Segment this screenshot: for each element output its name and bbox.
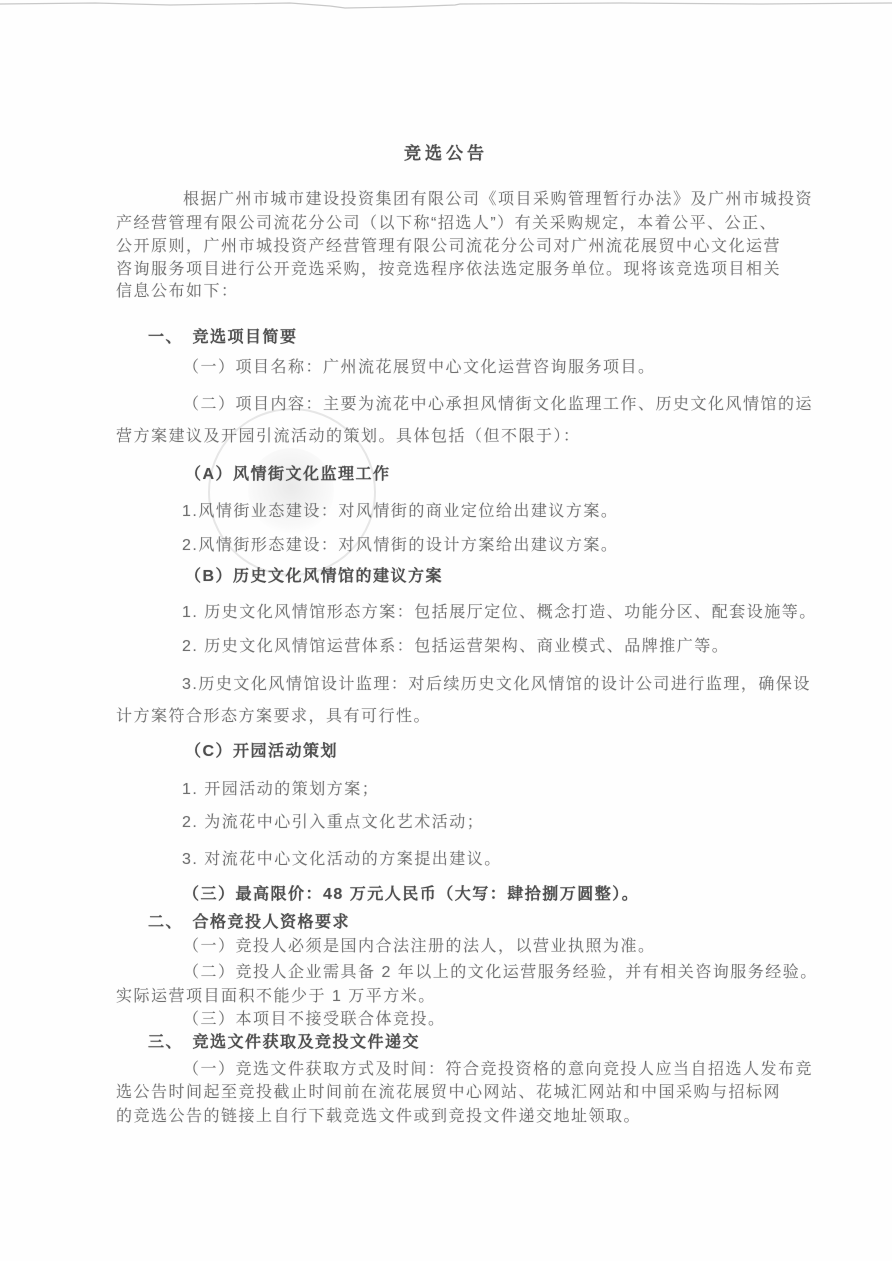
doc-heading-line: （三）最高限价：48 万元人民币（大写：肆拾捌万圆整）。 — [183, 883, 639, 907]
doc-text-line: 实际运营项目面积不能少于 1 万平方米。 — [116, 985, 436, 1009]
scan-edge-artifact — [0, 0, 892, 14]
doc-text-line: 的竞选公告的链接上自行下载竞选文件或到竞投文件递交地址领取。 — [116, 1105, 641, 1129]
doc-text-line: 3.历史文化风情馆设计监理：对后续历史文化风情馆的设计公司进行监理，确保设 — [182, 673, 811, 697]
doc-heading-line: （B）历史文化风情馆的建议方案 — [185, 565, 443, 589]
doc-text-line: （一）竞投人必须是国内合法注册的法人，以营业执照为准。 — [183, 935, 656, 959]
doc-text-line: （二）项目内容：主要为流花中心承担风情街文化监理工作、历史文化风情馆的运 — [183, 393, 813, 417]
doc-text-line: 2. 为流花中心引入重点文化艺术活动； — [182, 811, 484, 835]
document-title: 竞选公告 — [0, 139, 892, 164]
doc-text-line: 选公告时间起至竞投截止时间前在流花展贸中心网站、花城汇网站和中国采购与招标网 — [116, 1081, 781, 1105]
doc-text-line: 1.风情街业态建设：对风情街的商业定位给出建议方案。 — [182, 500, 618, 524]
doc-text-line: （二）竞投人企业需具备 2 年以上的文化运营服务经验，并有相关咨询服务经验。 — [183, 961, 818, 985]
doc-text-line: 咨询服务项目进行公开竞选采购，按竞选程序依法选定服务单位。现将该竞选项目相关 — [116, 258, 781, 282]
doc-text-line: （一）竞选文件获取方式及时间：符合竞投资格的意向竞投人应当自招选人发布竞 — [183, 1058, 813, 1082]
doc-text-line: 营方案建议及开园引流活动的策划。具体包括（但不限于）： — [116, 425, 581, 449]
doc-text-line: 2.风情街形态建设：对风情街的设计方案给出建议方案。 — [182, 534, 618, 558]
doc-heading-line: （A）风情街文化监理工作 — [185, 463, 391, 487]
doc-text-line: 1. 历史文化风情馆形态方案：包括展厅定位、概念打造、功能分区、配套设施等。 — [182, 601, 817, 625]
scanned-document-page: 竞选公告 根据广州市城市建设投资集团有限公司《项目采购管理暂行办法》及广州市城投… — [0, 0, 892, 1261]
doc-text-line: 信息公布如下： — [116, 280, 239, 304]
doc-heading-line: 三、 竞选文件获取及竞投文件递交 — [148, 1031, 420, 1055]
doc-text-line: 1. 开园活动的策划方案； — [182, 778, 379, 802]
doc-text-line: 2. 历史文化风情馆运营体系：包括运营架构、商业模式、品牌推广等。 — [182, 635, 729, 659]
doc-text-line: 3. 对流花中心文化活动的方案提出建议。 — [182, 848, 502, 872]
doc-text-line: 计方案符合形态方案要求，具有可行性。 — [116, 705, 431, 729]
doc-heading-line: 二、 合格竞投人资格要求 — [148, 911, 350, 935]
doc-text-line: 根据广州市城市建设投资集团有限公司《项目采购管理暂行办法》及广州市城投资 — [183, 188, 813, 212]
doc-heading-line: 一、 竞选项目简要 — [148, 326, 298, 350]
doc-text-line: 产经营管理有限公司流花分公司（以下称“招选人”）有关采购规定，本着公平、公正、 — [116, 212, 777, 236]
doc-text-line: （三）本项目不接受联合体竞投。 — [183, 1008, 446, 1032]
doc-text-line: （一）项目名称：广州流花展贸中心文化运营咨询服务项目。 — [183, 356, 656, 380]
doc-text-line: 公开原则，广州市城投资产经营管理有限公司流花分公司对广州流花展贸中心文化运营 — [116, 235, 781, 259]
doc-heading-line: （C）开园活动策划 — [185, 740, 338, 764]
